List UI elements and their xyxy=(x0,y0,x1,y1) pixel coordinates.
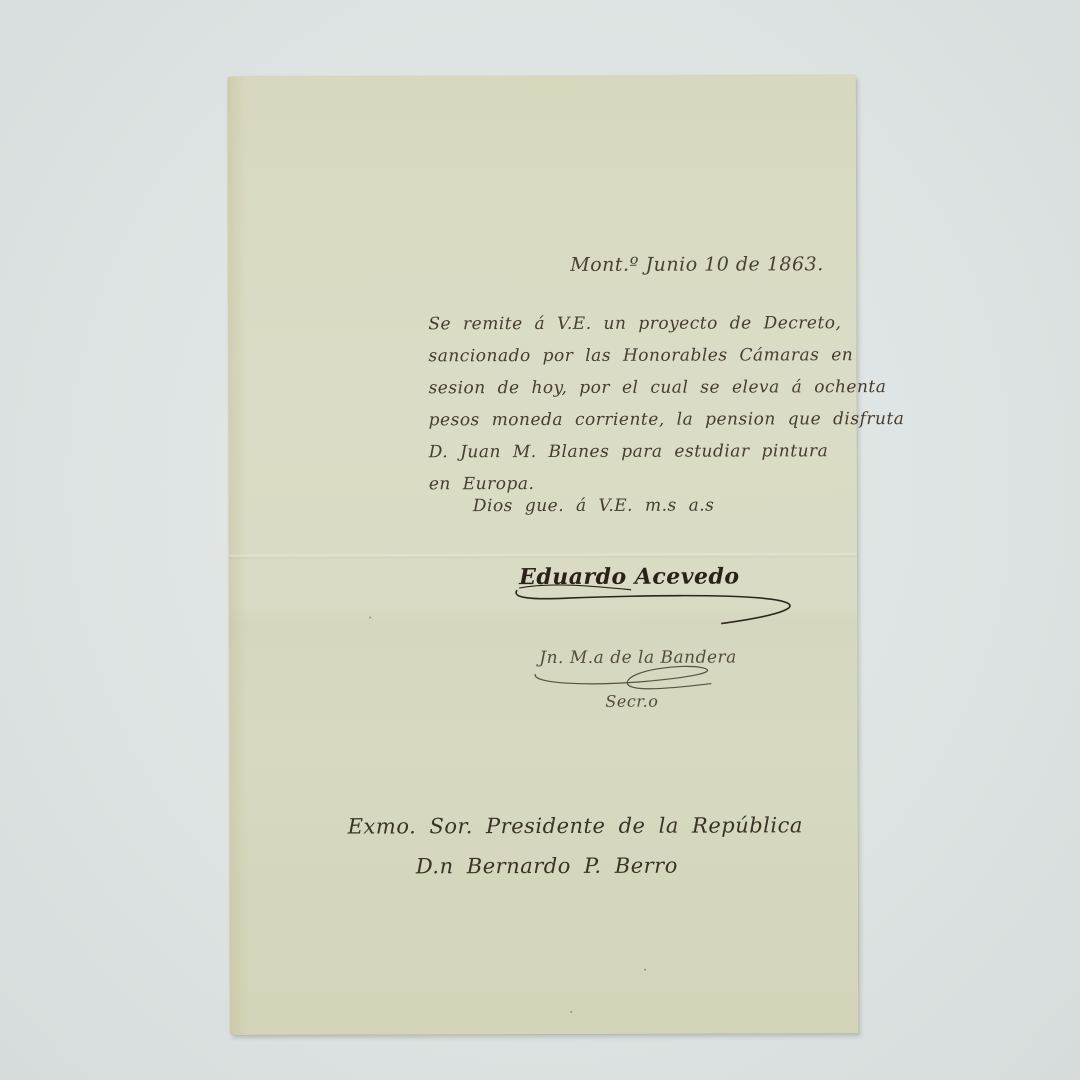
letter-sheet: Mont.º Junio 10 de 1863. Se remite á V.E… xyxy=(228,75,859,1035)
date-line: Mont.º Junio 10 de 1863. xyxy=(570,253,824,276)
paper-speck xyxy=(570,1011,572,1013)
secretary-title: Secr.o xyxy=(605,692,658,711)
signature-flourish-icon xyxy=(511,575,811,636)
paper-fold-crease xyxy=(229,553,857,559)
closing-salutation: Dios gue. á V.E. m.s a.s xyxy=(473,496,715,517)
addressee-line-1: Exmo. Sor. Presidente de la República xyxy=(348,813,803,838)
paper-speck xyxy=(369,616,371,618)
body-line: sesion de hoy, por el cual se eleva á oc… xyxy=(429,371,829,404)
paper-speck xyxy=(644,969,646,971)
body-line: Se remite á V.E. un proyecto de Decreto, xyxy=(428,307,828,340)
letter-body: Se remite á V.E. un proyecto de Decreto,… xyxy=(428,307,829,500)
addressee-line-2: D.n Bernardo P. Berro xyxy=(416,854,678,879)
body-line: D. Juan M. Blanes para estudiar pintura xyxy=(429,435,829,468)
body-line: pesos moneda corriente, la pension que d… xyxy=(429,403,829,436)
body-line: sancionado por las Honorables Cámaras en xyxy=(428,339,828,372)
